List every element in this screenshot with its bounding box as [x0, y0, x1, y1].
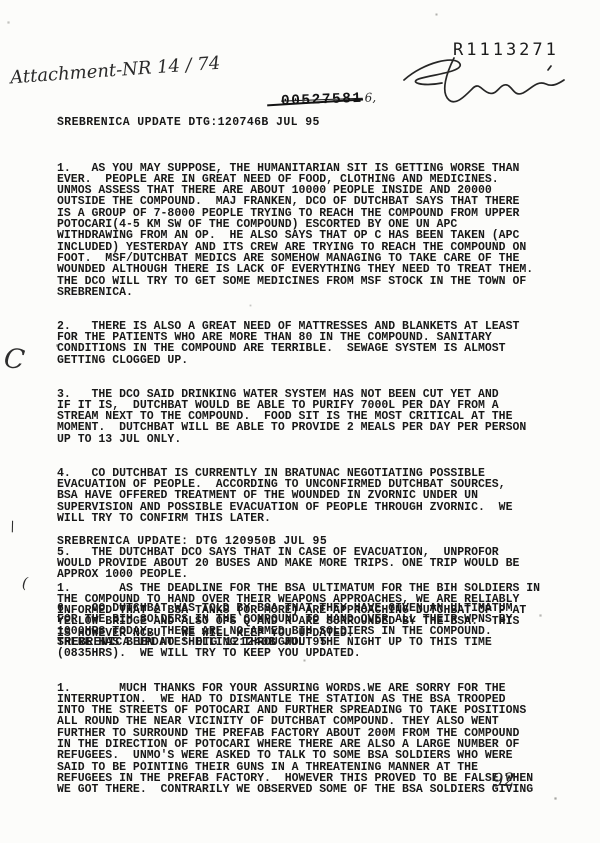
paragraph: 1. AS YOU MAY SUPPOSE, THE HUMANITARIAN …	[57, 163, 533, 299]
scanned-document-page: Attachment-NR 14 / 74 R1113271 005275816…	[0, 0, 600, 843]
struck-out-stamp-group: 005275816,	[281, 88, 377, 109]
stamp-handwritten-annotation: 6,	[364, 90, 376, 104]
struck-out-document-number: 00527581	[281, 91, 363, 110]
paragraph: 1. MUCH THANKS FOR YOUR ASSURING WORDS.W…	[57, 683, 533, 796]
section-header-update-2: SREBRENICA UPDATE: DTG 120950B JUL 95	[57, 536, 327, 547]
margin-tick-handwritten: \	[9, 519, 16, 536]
scan-speckles	[0, 0, 1, 1]
signature-scribble	[396, 50, 574, 121]
page-number-handwritten: 92	[492, 770, 516, 792]
paragraph: 4. CO DUTCHBAT IS CURRENTLY IN BRATUNAC …	[57, 468, 533, 524]
section-body-update-3: 1. MUCH THANKS FOR YOUR ASSURING WORDS.W…	[57, 660, 533, 818]
section-header-update-1: SREBRENICA UPDATE DTG:120746B JUL 95	[57, 117, 320, 128]
margin-paren-handwritten: (	[21, 574, 28, 592]
section-header-update-3: SREBRENICA UPDATE: DTG 121240B JUL 95	[57, 637, 327, 648]
paragraph: 2. THERE IS ALSO A GREAT NEED OF MATTRES…	[57, 321, 533, 366]
paragraph: 1. AS THE DEADLINE FOR THE BSA ULTIMATUM…	[57, 583, 540, 639]
margin-mark-handwritten: C	[2, 343, 26, 376]
paragraph: 3. THE DCO SAID DRINKING WATER SYSTEM HA…	[57, 389, 533, 445]
attachment-handwritten-note: Attachment-NR 14 / 74	[10, 53, 221, 89]
